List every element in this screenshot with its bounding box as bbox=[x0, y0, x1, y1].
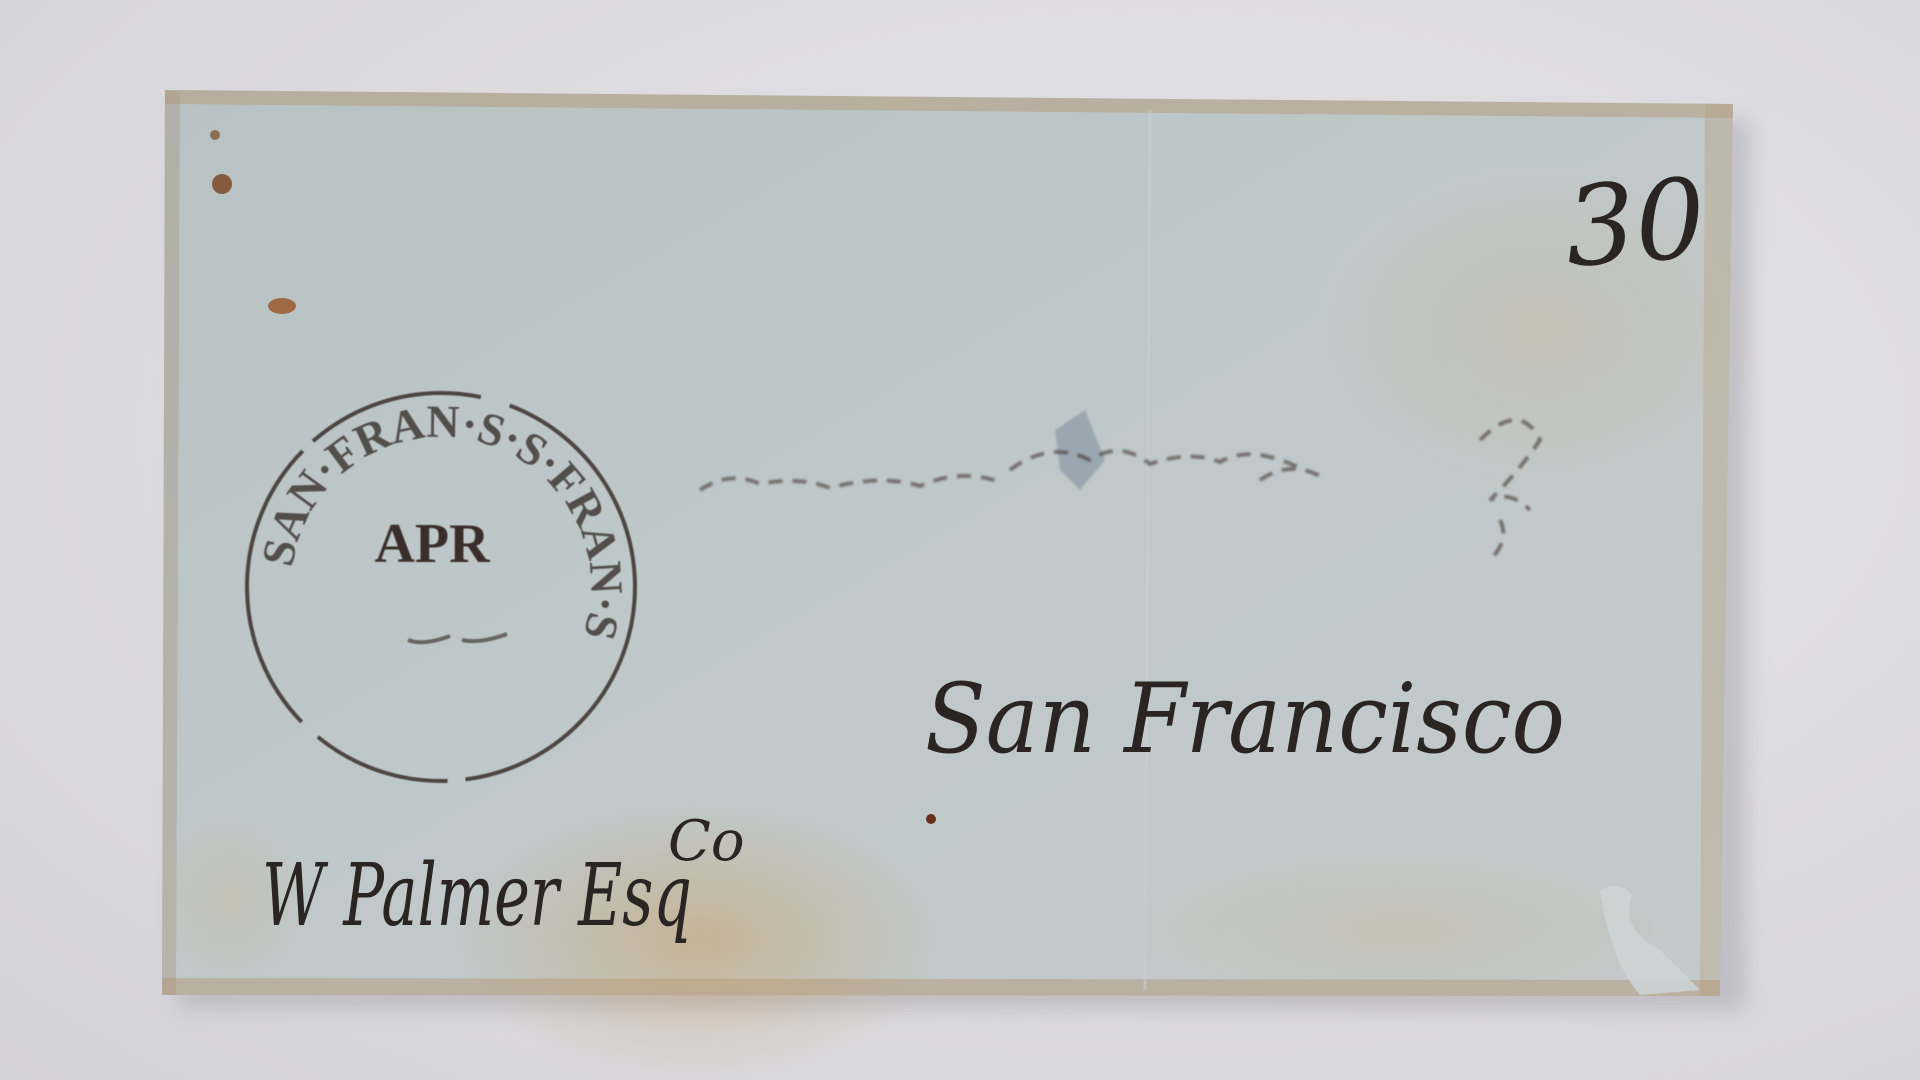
envelope-photo: SAN·FRAN·S·S·FRAN·S APR 30 San Francisco… bbox=[0, 0, 1920, 1080]
postmark-month: APR bbox=[374, 513, 490, 575]
rust-spot bbox=[268, 298, 296, 314]
rust-spot bbox=[212, 174, 232, 194]
photo-scene: SAN·FRAN·S·S·FRAN·S APR 30 San Francisco… bbox=[0, 0, 1920, 1080]
docket-suffix: Co bbox=[668, 809, 745, 874]
address-city: San Francisco bbox=[925, 663, 1565, 775]
rate-marking: 30 bbox=[1561, 154, 1710, 291]
docket-name: W Palmer Esq bbox=[262, 846, 692, 946]
ink-dot bbox=[926, 814, 936, 824]
